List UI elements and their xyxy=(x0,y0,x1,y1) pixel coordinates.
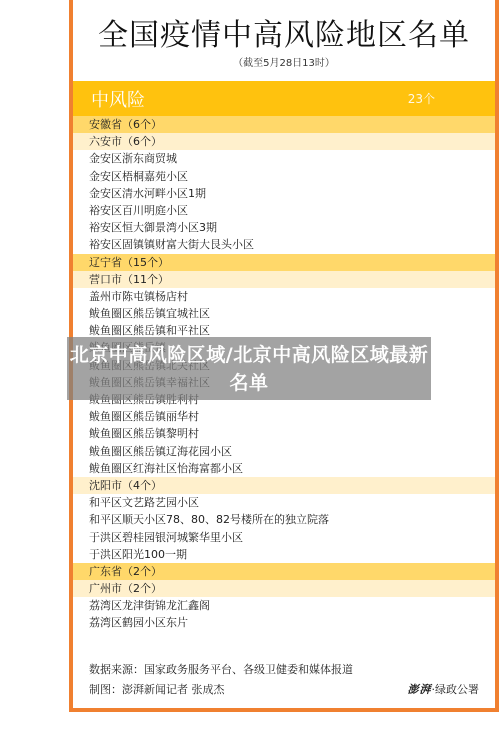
area-row: 金安区梧桐嘉苑小区 xyxy=(73,168,495,185)
risk-level-label: 中风险 xyxy=(91,86,145,112)
area-row: 金安区清水河畔小区1期 xyxy=(73,185,495,202)
city-row: 沈阳市（4个） xyxy=(73,477,495,494)
poster-title: 全国疫情中高风险地区名单 xyxy=(73,10,495,54)
area-row: 裕安区百川明庭小区 xyxy=(73,202,495,219)
area-row: 于洪区阳光100一期 xyxy=(73,546,495,563)
brand-mark: 澎湃 xyxy=(408,683,432,696)
area-row: 鲅鱼圈区熊岳镇辽海花园小区 xyxy=(73,443,495,460)
province-row: 安徽省（6个） xyxy=(73,116,495,133)
province-row: 辽宁省（15个） xyxy=(73,254,495,271)
risk-level-count: 23个 xyxy=(408,90,435,107)
poster-footer: 数据来源：国家政务服务平台、各级卫健委和媒体报道 制图：澎湃新闻记者 张成杰 澎… xyxy=(89,660,479,700)
area-row: 荔湾区龙津街锦龙汇鑫阁 xyxy=(73,597,495,614)
city-row: 六安市（6个） xyxy=(73,133,495,150)
area-row: 鲅鱼圈区熊岳镇黎明村 xyxy=(73,425,495,442)
caption-overlay: 北京中高风险区域/北京中高风险区域最新名单 xyxy=(67,337,431,400)
poster-subtitle: （截至5月28日13时） xyxy=(73,54,495,69)
risk-level-band: 中风险 23个 xyxy=(73,81,495,116)
area-row: 荔湾区鹤园小区东片 xyxy=(73,614,495,631)
area-row: 和平区顺天小区78、80、82号楼所在的独立院落 xyxy=(73,511,495,528)
brand-logo: 澎湃·绿政公署 xyxy=(408,680,480,700)
area-row: 和平区文艺路艺园小区 xyxy=(73,494,495,511)
area-row: 于洪区碧桂园银河城繁华里小区 xyxy=(73,529,495,546)
city-row: 营口市（11个） xyxy=(73,271,495,288)
area-row: 鲅鱼圈区熊岳镇丽华村 xyxy=(73,408,495,425)
province-row: 广东省（2个） xyxy=(73,563,495,580)
area-row: 金安区浙东商贸城 xyxy=(73,150,495,167)
area-row: 鲅鱼圈区熊岳镇宜城社区 xyxy=(73,305,495,322)
brand-text: ·绿政公署 xyxy=(432,683,480,696)
data-source: 数据来源：国家政务服务平台、各级卫健委和媒体报道 xyxy=(89,660,479,680)
area-row: 盖州市陈屯镇杨店村 xyxy=(73,288,495,305)
area-row: 裕安区恒大御景湾小区3期 xyxy=(73,219,495,236)
area-row: 鲅鱼圈区红海社区怡海富都小区 xyxy=(73,460,495,477)
city-row: 广州市（2个） xyxy=(73,580,495,597)
area-row: 裕安区固镇镇财富大街大艮头小区 xyxy=(73,236,495,253)
